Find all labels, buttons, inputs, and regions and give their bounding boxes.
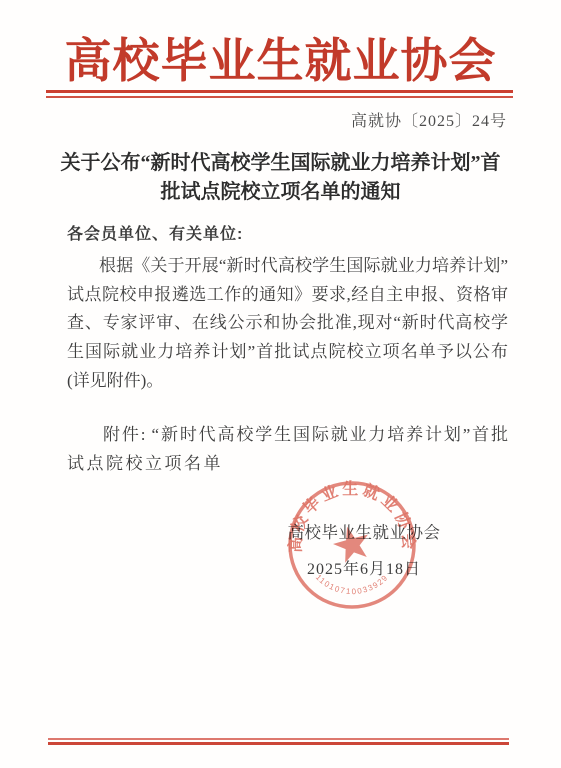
letterhead-divider bbox=[46, 90, 513, 98]
document-page: 高校毕业生就业协会 高就协〔2025〕24号 关于公布“新时代高校学生国际就业力… bbox=[0, 0, 561, 768]
seal-star bbox=[330, 522, 374, 565]
body-line: 试点院校申报遴选工作的通知》要求,经自主申报、资格审 bbox=[67, 281, 508, 310]
official-seal: 高校毕业生就业协会 11010710033929 bbox=[277, 470, 427, 620]
seal-code: 11010710033929 bbox=[314, 573, 390, 597]
svg-text:11010710033929: 11010710033929 bbox=[314, 573, 390, 597]
body-line: 生国际就业力培养计划”首批试点院校立项名单予以公布 bbox=[67, 338, 508, 367]
doc-number: 高就协〔2025〕24号 bbox=[351, 108, 507, 131]
footer-line-thick bbox=[48, 742, 509, 745]
body-line: 根据《关于开展“新时代高校学生国际就业力培养计划” bbox=[67, 252, 508, 281]
notice-title-line1: 关于公布“新时代高校学生国际就业力培养计划”首 bbox=[20, 149, 541, 178]
footer-divider bbox=[48, 738, 509, 745]
footer-line-thin bbox=[48, 738, 509, 740]
notice-title: 关于公布“新时代高校学生国际就业力培养计划”首 批试点院校立项名单的通知 bbox=[20, 149, 541, 207]
notice-title-line2: 批试点院校立项名单的通知 bbox=[20, 178, 541, 207]
letterhead-org-name: 高校毕业生就业协会 bbox=[0, 24, 561, 91]
attachment-line1: 附件: “新时代高校学生国际就业力培养计划”首批 bbox=[67, 421, 508, 450]
body-line: 查、专家评审、在线公示和协会批准,现对“新时代高校学 bbox=[67, 309, 508, 338]
body-line: (详见附件)。 bbox=[67, 367, 508, 396]
body-paragraph: 根据《关于开展“新时代高校学生国际就业力培养计划” 试点院校申报遴选工作的通知》… bbox=[67, 252, 508, 395]
divider-line-bottom bbox=[46, 96, 513, 98]
salutation: 各会员单位、有关单位: bbox=[67, 221, 243, 244]
